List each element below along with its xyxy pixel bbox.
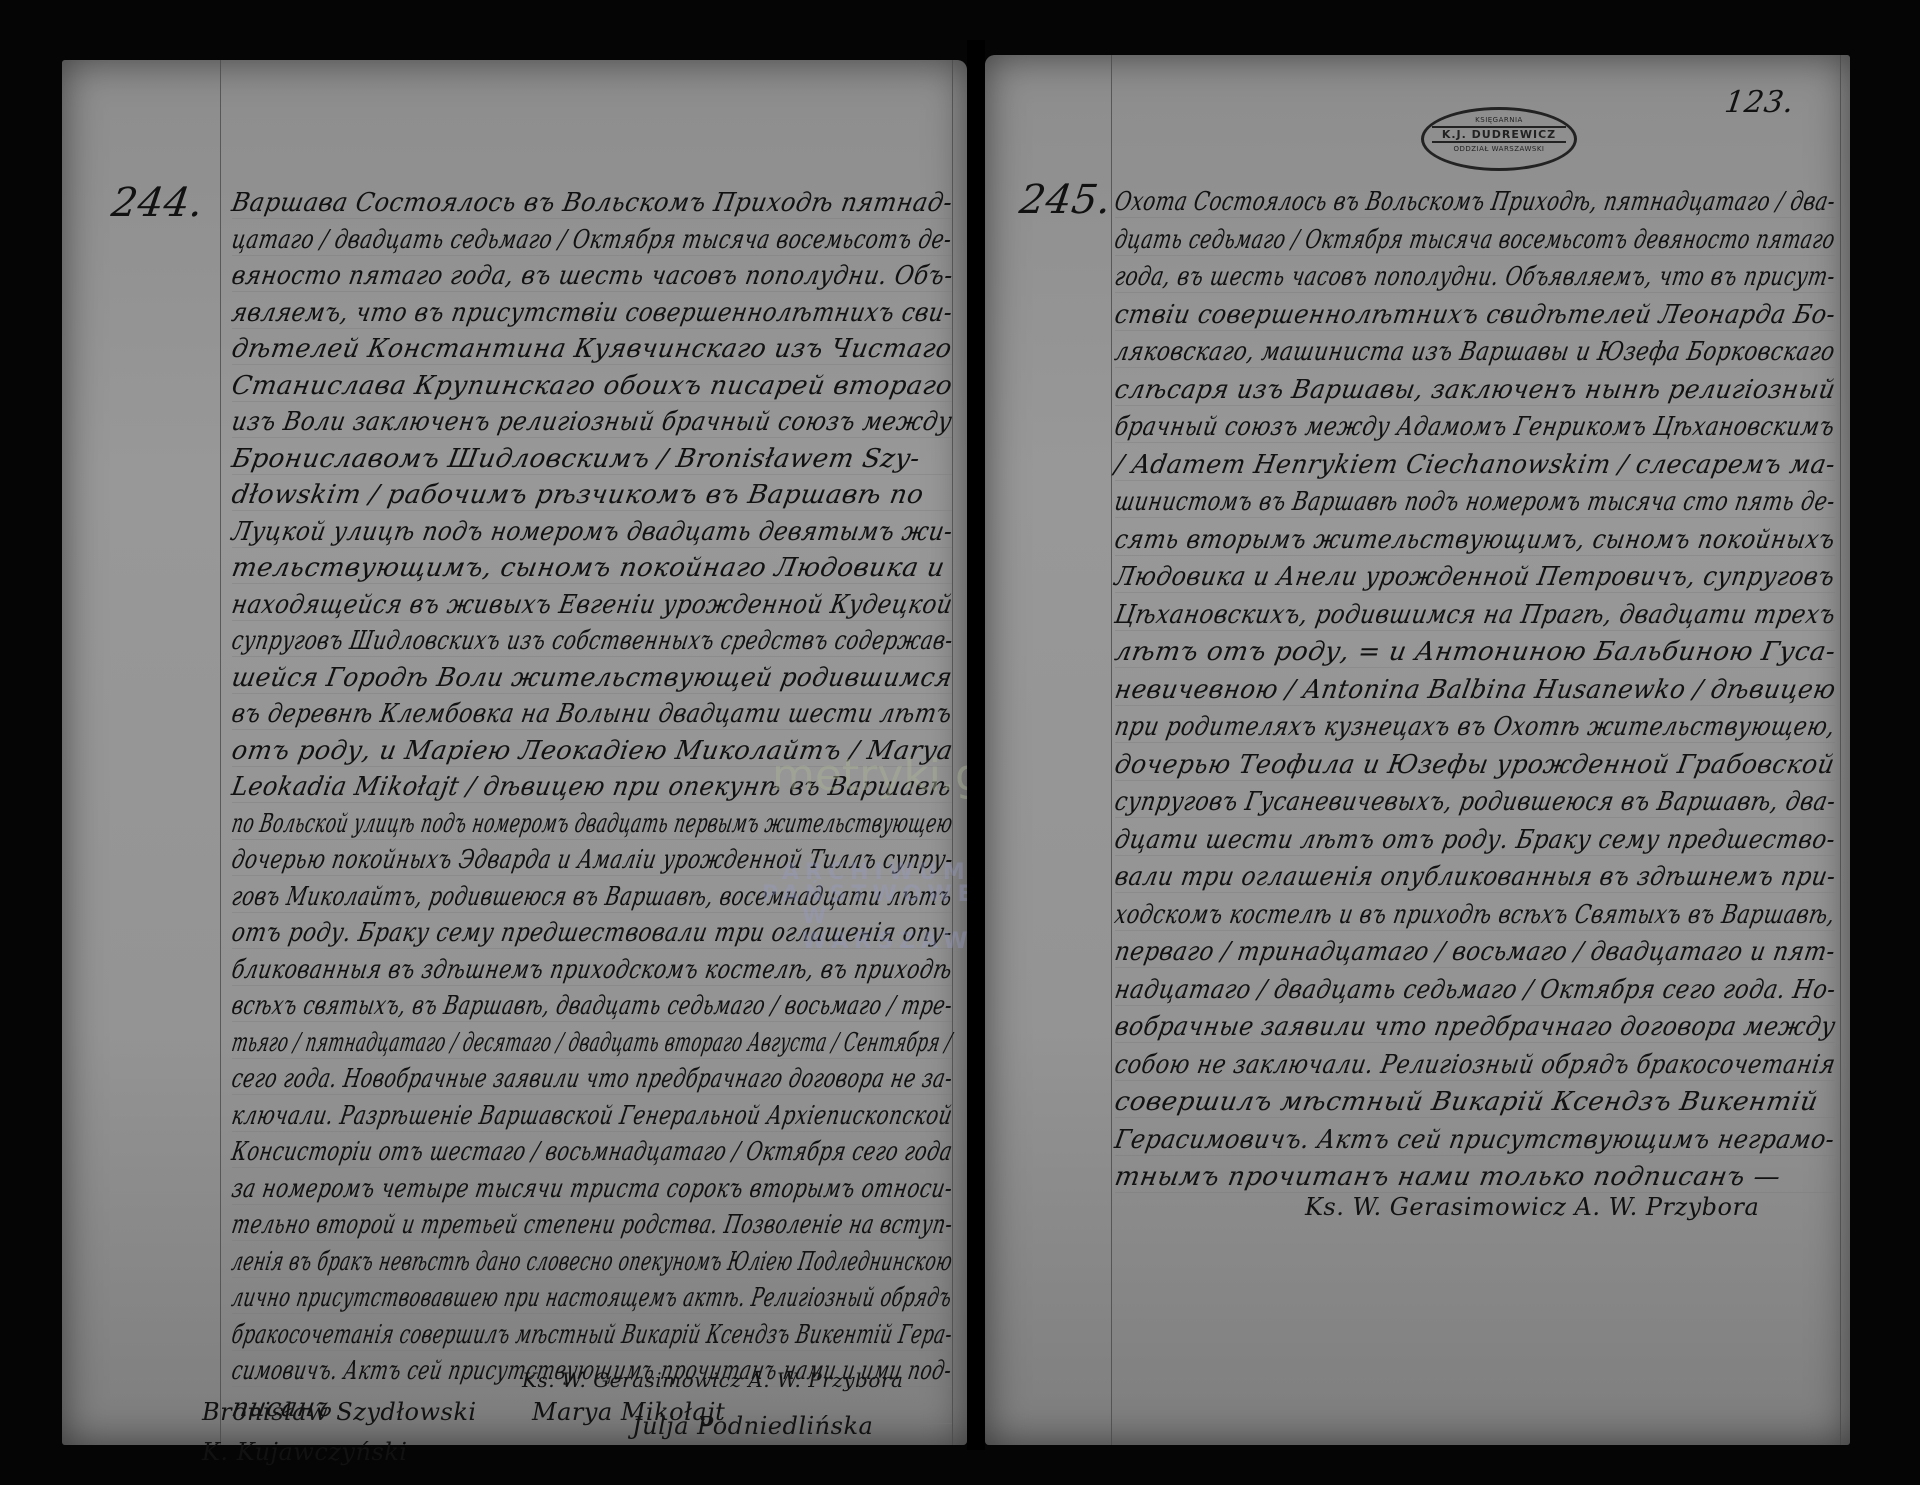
handwritten-line: сять вторымъ жительствующимъ, сыномъ пок… — [1112, 525, 1837, 555]
right-page: 123. KSIĘGARNIA K.J. DUDREWICZ ODDZIAŁ W… — [985, 55, 1850, 1445]
ruled-line — [232, 1131, 952, 1132]
ruled-line — [1115, 930, 1835, 931]
ruled-line — [232, 437, 952, 438]
ruled-line — [1115, 742, 1835, 743]
handwritten-line: совершилъ мѣстный Викарій Ксендзъ Викент… — [1112, 1087, 1820, 1117]
ruled-line — [1115, 667, 1835, 668]
handwritten-line: Варшава Состоялось въ Вольскомъ Приходѣ … — [229, 188, 954, 218]
handwritten-line: невичевною / Antonina Balbina Husanewko … — [1112, 675, 1838, 705]
signature: Ks. W. Gerasimowicz A. W. Przybora — [1305, 1193, 1759, 1221]
ruled-line — [232, 1167, 952, 1168]
handwritten-line: дцать седьмаго / Октября тысяча восемьсо… — [1112, 225, 1837, 255]
bookbinder-stamp: KSIĘGARNIA K.J. DUDREWICZ ODDZIAŁ WARSZA… — [1421, 107, 1577, 171]
ruled-line — [232, 510, 952, 511]
ruled-line — [1115, 555, 1835, 556]
ruled-line — [232, 802, 952, 803]
ruled-line — [232, 255, 952, 256]
signature: K. Kujawczyński — [202, 1438, 407, 1466]
ruled-line — [232, 401, 952, 402]
handwritten-line: Брониславомъ Шидловскимъ / Bronisławem S… — [229, 444, 922, 474]
stamp-top-text: KSIĘGARNIA — [1424, 116, 1574, 124]
ruled-line — [232, 1277, 952, 1278]
entry-number: 245. — [1017, 177, 1115, 223]
handwritten-line: дцати шести лѣтъ отъ роду. Браку сему пр… — [1112, 825, 1837, 855]
handwritten-line: перваго / тринадцатаго / восьмаго / двад… — [1112, 937, 1837, 967]
handwritten-line: слѣсаря изъ Варшавы, заключенъ нынѣ рели… — [1112, 375, 1837, 405]
ruled-line — [1115, 855, 1835, 856]
handwritten-line: при родителяхъ кузнецахъ въ Охотѣ житель… — [1112, 712, 1837, 742]
ruled-line — [232, 547, 952, 548]
margin-rule — [1840, 55, 1841, 1445]
ruled-line — [232, 1240, 952, 1241]
ruled-line — [1115, 330, 1835, 331]
handwritten-line: Охота Состоялось въ Вольскомъ Приходѣ, п… — [1112, 187, 1837, 217]
handwritten-line: лѣтъ отъ роду, = и Антониною Бальбиною Г… — [1112, 637, 1838, 667]
handwritten-line: года, въ шесть часовъ пополудни. Объявля… — [1112, 262, 1837, 292]
signature: Julja Podniedlińska — [632, 1412, 873, 1440]
ruled-line — [232, 474, 952, 475]
handwritten-line: / Adamem Henrykiem Ciechanowskim / слеса… — [1112, 450, 1837, 480]
handwritten-line: Людовика и Анели урожденной Петровичъ, с… — [1112, 562, 1837, 592]
handwritten-line: тьяго / пятнадцатаго / десятаго / двадца… — [229, 1028, 954, 1058]
handwritten-line: Цѣхановскихъ, родившимся на Прагѣ, двадц… — [1112, 600, 1838, 630]
ruled-line — [1115, 630, 1835, 631]
page-number: 123. — [1723, 85, 1797, 120]
handwritten-line: тнымъ прочитанъ нами только подписанъ — — [1112, 1162, 1783, 1192]
ruled-line — [1115, 480, 1835, 481]
ruled-line — [1115, 255, 1835, 256]
ruled-line — [232, 1021, 952, 1022]
ruled-line — [232, 1313, 952, 1314]
handwritten-line: шейся Городѣ Воли жительствующей родивши… — [229, 663, 954, 693]
handwritten-line: въ деревнѣ Клембовка на Волыни двадцати … — [229, 699, 954, 729]
handwritten-line: за номеромъ четыре тысячи триста сорокъ … — [229, 1174, 955, 1204]
left-page: 244. Варшава Состоялось въ Вольскомъ При… — [62, 60, 967, 1445]
handwritten-line: dłowskim / рабочимъ рѣзчикомъ въ Варшавѣ… — [229, 480, 926, 510]
ruled-line — [1115, 592, 1835, 593]
handwritten-line: являемъ, что въ присутствіи совершеннолѣ… — [229, 298, 955, 328]
ruled-line — [232, 693, 952, 694]
handwritten-line: супруговъ Шидловскихъ изъ собственныхъ с… — [229, 626, 955, 656]
ruled-line — [1115, 967, 1835, 968]
handwritten-line: ляковскаго, машиниста изъ Варшавы и Юзеф… — [1112, 337, 1837, 367]
handwritten-line: по Вольской улицѣ подъ номеромъ двадцать… — [229, 809, 955, 839]
handwritten-line: находящейся въ живыхъ Евгеніи урожденной… — [229, 590, 954, 620]
ruled-line — [1115, 405, 1835, 406]
ruled-line — [232, 729, 952, 730]
ruled-line — [232, 620, 952, 621]
handwritten-line: бракосочетанія совершилъ мѣстный Викарій… — [229, 1320, 954, 1350]
handwritten-line: цатаго / двадцать седьмаго / Октября тыс… — [229, 225, 954, 255]
ruled-line — [1115, 1042, 1835, 1043]
handwritten-line: Станислава Крупинскаго обоихъ писарей вт… — [229, 371, 954, 401]
handwritten-line: изъ Воли заключенъ религіозный брачный с… — [229, 407, 954, 437]
ruled-line — [1115, 217, 1835, 218]
handwritten-line: сего года. Новобрачные заявили что предб… — [229, 1064, 954, 1094]
handwritten-line: дѣтелей Константина Куявчинскаго изъ Чис… — [229, 334, 954, 364]
ruled-line — [232, 1350, 952, 1351]
ruled-line — [232, 328, 952, 329]
ruled-line — [1115, 1155, 1835, 1156]
ruled-line — [1115, 817, 1835, 818]
handwritten-line: дочерью Теофила и Юзефы урожденной Грабо… — [1112, 750, 1837, 780]
handwritten-line: брачный союзъ между Адамомъ Генрикомъ Цѣ… — [1112, 412, 1837, 442]
handwritten-line: Луцкой улицѣ подъ номеромъ двадцать девя… — [229, 517, 955, 547]
handwritten-line: ствіи совершеннолѣтнихъ свидѣтелей Леона… — [1112, 300, 1838, 330]
entry-number: 244. — [109, 180, 207, 226]
handwritten-line: супруговъ Гусаневичевыхъ, родившеюся въ … — [1112, 787, 1838, 817]
signature: Ks. W. Gerasimowicz A. W. Przybora — [522, 1368, 903, 1392]
handwritten-line: всѣхъ святыхъ, въ Варшавѣ, двадцать седь… — [229, 991, 954, 1021]
ruled-line — [1115, 1117, 1835, 1118]
handwritten-line: вяносто пятаго года, въ шесть часовъ поп… — [229, 261, 955, 291]
handwritten-line: вобрачные заявили что предбрачнаго догов… — [1112, 1012, 1838, 1042]
handwritten-line: шинистомъ въ Варшавѣ подъ номеромъ тысяч… — [1112, 487, 1837, 517]
stamp-name: K.J. DUDREWICZ — [1432, 126, 1566, 143]
handwritten-line: Консисторіи отъ шестаго / восьмнадцатаго… — [229, 1137, 954, 1167]
signature: Bronisław Szydłowski — [202, 1398, 477, 1426]
handwritten-line: тельствующимъ, сыномъ покойнаго Людовика… — [229, 553, 947, 583]
handwritten-line: бликованныя въ здѣшнемъ приходскомъ кост… — [229, 955, 954, 985]
handwritten-line: вали три оглашенія опубликованныя въ здѣ… — [1112, 862, 1838, 892]
ruled-line — [1115, 1005, 1835, 1006]
ruled-line — [232, 839, 952, 840]
ruled-line — [1115, 892, 1835, 893]
ruled-line — [232, 1204, 952, 1205]
handwritten-line: лично присутствовавшею при настоящемъ ак… — [229, 1283, 954, 1313]
handwritten-line: ходскомъ костелѣ и въ приходѣ всѣхъ Свят… — [1112, 900, 1837, 930]
handwritten-line: ленія въ бракъ невѣстѣ дано словесно опе… — [229, 1247, 954, 1277]
handwritten-line: надцатаго / двадцать седьмаго / Октября … — [1112, 975, 1838, 1005]
ruled-line — [232, 291, 952, 292]
ruled-line — [232, 985, 952, 986]
ruled-line — [1115, 1080, 1835, 1081]
ruled-line — [1115, 292, 1835, 293]
scanned-book-spread: 244. Варшава Состоялось въ Вольскомъ При… — [0, 0, 1920, 1485]
stamp-bottom-text: ODDZIAŁ WARSZAWSKI — [1424, 145, 1574, 153]
ruled-line — [232, 583, 952, 584]
handwritten-line: собою не заключали. Религіозный обрядъ б… — [1112, 1050, 1837, 1080]
ruled-line — [232, 1058, 952, 1059]
book-gutter — [967, 40, 985, 1450]
ruled-line — [232, 1094, 952, 1095]
ruled-line — [232, 656, 952, 657]
ruled-line — [232, 218, 952, 219]
handwritten-line: ключали. Разрѣшеніе Варшавской Генеральн… — [229, 1101, 954, 1131]
ruled-line — [232, 364, 952, 365]
ruled-line — [1115, 517, 1835, 518]
ruled-line — [1115, 705, 1835, 706]
ruled-line — [1115, 367, 1835, 368]
margin-rule — [220, 60, 221, 1445]
margin-rule — [1111, 55, 1112, 1445]
handwritten-line: тельно второй и третьей степени родства.… — [229, 1210, 955, 1240]
ruled-line — [1115, 780, 1835, 781]
ruled-line — [1115, 442, 1835, 443]
handwritten-line: Герасимовичъ. Актъ сей присутствующимъ н… — [1112, 1125, 1837, 1155]
